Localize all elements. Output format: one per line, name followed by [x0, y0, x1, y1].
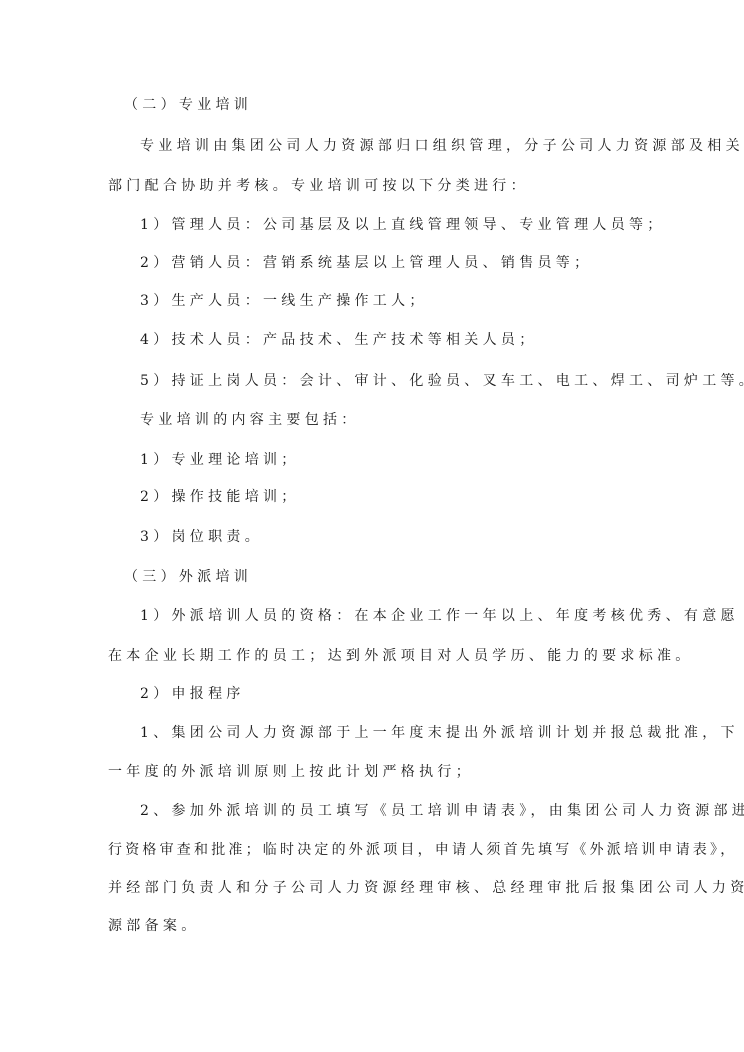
- procedure-step-2-line-1: 2、参加外派培训的员工填写《员工培训申请表》，由集团公司人力资源部进: [140, 801, 744, 821]
- procedure-step-2-line-2: 行资格审查和批准；临时决定的外派项目，申请人须首先填写《外派培训申请表》，: [108, 840, 737, 860]
- category-item-technical: 4）技术人员：产品技术、生产技术等相关人员；: [140, 330, 538, 350]
- content-item-duties: 3）岗位职责。: [140, 527, 263, 547]
- content-intro: 专业培训的内容主要包括：: [140, 410, 360, 430]
- section-heading-professional-training: （二）专业培训: [124, 95, 252, 115]
- category-item-certified: 5）持证上岗人员：会计、审计、化验员、叉车工、电工、焊工、司炉工等。: [140, 371, 744, 391]
- procedure-step-2-line-4: 源部备案。: [108, 916, 200, 936]
- qualification-line-1: 1）外派培训人员的资格：在本企业工作一年以上、年度考核优秀、有意愿: [140, 606, 739, 626]
- paragraph-intro-line-2: 部门配合协助并考核。专业培训可按以下分类进行：: [108, 176, 529, 196]
- procedure-heading: 2）申报程序: [140, 684, 245, 704]
- document-page: （二）专业培训 专业培训由集团公司人力资源部归口组织管理，分子公司人力资源部及相…: [0, 0, 744, 1052]
- category-item-management: 1）管理人员：公司基层及以上直线管理领导、专业管理人员等；: [140, 215, 666, 235]
- paragraph-intro-line-1: 专业培训由集团公司人力资源部归口组织管理，分子公司人力资源部及相关: [140, 136, 744, 156]
- content-item-skills: 2）操作技能培训；: [140, 487, 300, 507]
- section-heading-external-training: （三）外派培训: [124, 567, 252, 587]
- procedure-step-1-line-2: 一年度的外派培训原则上按此计划严格执行；: [108, 762, 474, 782]
- category-item-production: 3）生产人员：一线生产操作工人；: [140, 291, 428, 311]
- category-item-marketing: 2）营销人员：营销系统基层以上管理人员、销售员等；: [140, 253, 592, 273]
- content-item-theory: 1）专业理论培训；: [140, 450, 300, 470]
- qualification-line-2: 在本企业长期工作的员工；达到外派项目对人员学历、能力的要求标准。: [108, 646, 694, 666]
- procedure-step-2-line-3: 并经部门负责人和分子公司人力资源经理审核、总经理审批后报集团公司人力资: [108, 878, 744, 898]
- procedure-step-1-line-1: 1、集团公司人力资源部于上一年度末提出外派培训计划并报总裁批准，下: [140, 723, 739, 743]
